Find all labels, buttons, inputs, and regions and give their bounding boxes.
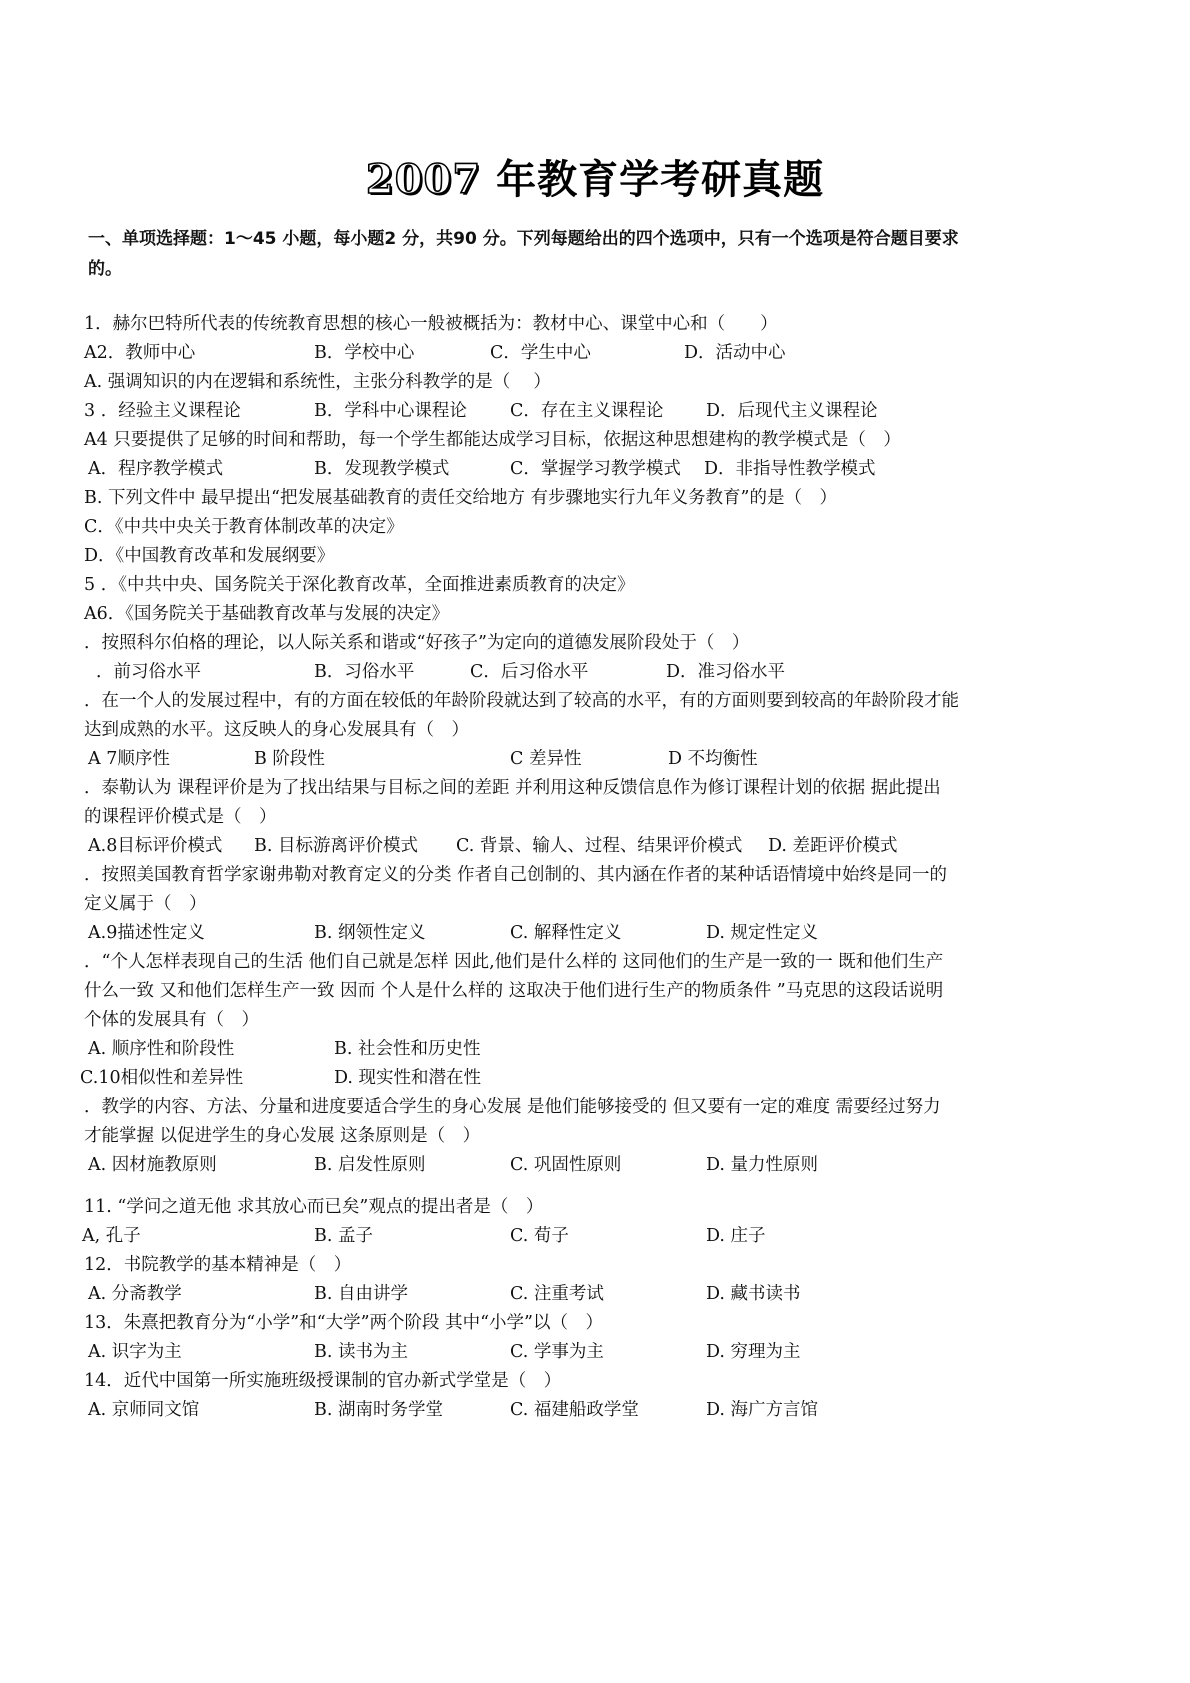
answer-option: A. 识字为主 xyxy=(88,1340,182,1364)
answer-option: C．存在主义课程论 xyxy=(510,399,663,423)
answer-option: B. 湖南时务学堂 xyxy=(314,1398,443,1422)
section-instructions-line2: 的。 xyxy=(88,254,1088,284)
answer-option: D. 量力性原则 xyxy=(706,1153,818,1177)
answer-option: 3 ．经验主义课程论 xyxy=(84,399,241,423)
answer-option: A. 顺序性和阶段性 xyxy=(88,1037,234,1061)
question-text: 什么一致 又和他们怎样生产一致 因而 个人是什么样的 这取决于他们进行生产的物质… xyxy=(84,979,943,1003)
answer-option: A.9描述性定义 xyxy=(88,921,205,945)
question-text: A. 强调知识的内在逻辑和系统性，主张分科教学的是（ ） xyxy=(84,370,551,394)
title-text: 年教育学考研真题 xyxy=(481,156,824,203)
answer-option: D. 穷理为主 xyxy=(706,1340,801,1364)
answer-option: D 不均衡性 xyxy=(668,747,758,771)
question-text: ．“个人怎样表现自己的生活 他们自己就是怎样 因此,他们是什么样的 这同他们的生… xyxy=(84,950,943,974)
answer-option: A. 因材施教原则 xyxy=(88,1153,217,1177)
question-text: 11. “学问之道无他 求其放心而已矣”观点的提出者是（ ） xyxy=(84,1195,543,1219)
answer-option: B. 启发性原则 xyxy=(314,1153,426,1177)
answer-option: C. 巩固性原则 xyxy=(510,1153,621,1177)
answer-option: D．活动中心 xyxy=(684,341,786,365)
question-text: A4 只要提供了足够的时间和帮助，每一个学生都能达成学习目标，依据这种思想建构的… xyxy=(84,428,901,452)
question-text: 才能掌握 以促进学生的身心发展 这条原则是（ ） xyxy=(84,1124,480,1148)
answer-option: C. 解释性定义 xyxy=(510,921,621,945)
answer-option: D. 藏书读书 xyxy=(706,1282,801,1306)
answer-option: B．发现教学模式 xyxy=(314,457,449,481)
answer-option: B. 读书为主 xyxy=(314,1340,408,1364)
question-text: 5 ．《中共中央、国务院关于深化教育改革，全面推进素质教育的决定》 xyxy=(84,573,634,597)
answer-option: D．准习俗水平 xyxy=(666,660,785,684)
question-text: A6．《国务院关于基础教育改革与发展的决定》 xyxy=(84,602,449,626)
answer-option: C. 荀子 xyxy=(510,1224,569,1248)
question-text: 13．朱熹把教育分为“小学”和“大学”两个阶段 其中“小学”以（ ） xyxy=(84,1311,603,1335)
answer-option: C 差异性 xyxy=(510,747,581,771)
answer-option: C．后习俗水平 xyxy=(470,660,588,684)
answer-option: ．前习俗水平 xyxy=(96,660,201,684)
question-text: C．《中共中央关于教育体制改革的决定》 xyxy=(84,515,404,539)
answer-option: A. 分斋教学 xyxy=(88,1282,182,1306)
question-text: 14．近代中国第一所实施班级授课制的官办新式学堂是（ ） xyxy=(84,1369,561,1393)
question-text: ．泰勒认为 课程评价是为了找出结果与目标之间的差距 并利用这种反馈信息作为修订课… xyxy=(84,776,941,800)
answer-option: D. 差距评价模式 xyxy=(768,834,898,858)
answer-option: B．学科中心课程论 xyxy=(314,399,467,423)
answer-option: D．后现代主义课程论 xyxy=(706,399,878,423)
answer-option: B. 目标游离评价模式 xyxy=(254,834,418,858)
answer-option: C. 学事为主 xyxy=(510,1340,604,1364)
question-text: ．教学的内容、方法、分量和进度要适合学生的身心发展 是他们能够接受的 但又要有一… xyxy=(84,1095,941,1119)
answer-option: D. 庄子 xyxy=(706,1224,766,1248)
answer-option: B. 孟子 xyxy=(314,1224,373,1248)
answer-option: A2．教师中心 xyxy=(84,341,195,365)
exam-page: 2007 年教育学考研真题 一、单项选择题：1～45 小题，每小题2 分，共90… xyxy=(0,0,1190,1683)
page-title: 2007 年教育学考研真题 xyxy=(0,148,1190,205)
answer-option: D. 海广方言馆 xyxy=(706,1398,818,1422)
question-text: 达到成熟的水平。这反映人的身心发展具有（ ） xyxy=(84,718,469,742)
section-instructions: 一、单项选择题：1～45 小题，每小题2 分，共90 分。下列每题给出的四个选项… xyxy=(88,224,1088,284)
question-text: 的课程评价模式是（ ） xyxy=(84,805,277,829)
question-text: D．《中国教育改革和发展纲要》 xyxy=(84,544,334,568)
answer-option: B．学校中心 xyxy=(314,341,414,365)
answer-option: B 阶段性 xyxy=(254,747,325,771)
question-text: 个体的发展具有（ ） xyxy=(84,1008,259,1032)
answer-option: D．非指导性教学模式 xyxy=(704,457,876,481)
answer-option: C. 福建船政学堂 xyxy=(510,1398,639,1422)
answer-option: A, 孔子 xyxy=(82,1224,141,1248)
answer-option: C. 背景、输人、过程、结果评价模式 xyxy=(456,834,742,858)
answer-option: C. 注重考试 xyxy=(510,1282,604,1306)
answer-option: B．习俗水平 xyxy=(314,660,414,684)
question-text: B. 下列文件中 最早提出“把发展基础教育的责任交给地方 有步骤地实行九年义务教… xyxy=(84,486,837,510)
answer-option: D. 现实性和潜在性 xyxy=(334,1066,481,1090)
answer-option: B. 社会性和历史性 xyxy=(334,1037,481,1061)
question-text: 1．赫尔巴特所代表的传统教育思想的核心一般被概括为：教材中心、课堂中心和（ ） xyxy=(84,312,778,336)
answer-option: A.8目标评价模式 xyxy=(88,834,222,858)
answer-option: A. 京师同文馆 xyxy=(88,1398,199,1422)
question-text: ．在一个人的发展过程中，有的方面在较低的年龄阶段就达到了较高的水平，有的方面则要… xyxy=(84,689,959,713)
title-year: 2007 xyxy=(366,156,481,203)
answer-option: B. 纲领性定义 xyxy=(314,921,426,945)
question-text: ．按照科尔伯格的理论，以人际关系和谐或“好孩子”为定向的道德发展阶段处于（ ） xyxy=(84,631,749,655)
answer-option: C．掌握学习教学模式 xyxy=(510,457,681,481)
answer-option: C.10相似性和差异性 xyxy=(80,1066,243,1090)
section-instructions-line1: 一、单项选择题：1～45 小题，每小题2 分，共90 分。下列每题给出的四个选项… xyxy=(88,224,1088,254)
question-text: 12．书院教学的基本精神是（ ） xyxy=(84,1253,351,1277)
question-text: ．按照美国教育哲学家谢弗勒对教育定义的分类 作者自己创制的、其内涵在作者的某种话… xyxy=(84,863,947,887)
answer-option: C．学生中心 xyxy=(490,341,591,365)
answer-option: A．程序教学模式 xyxy=(88,457,223,481)
answer-option: B. 自由讲学 xyxy=(314,1282,408,1306)
answer-option: A 7顺序性 xyxy=(88,747,170,771)
answer-option: D. 规定性定义 xyxy=(706,921,818,945)
question-text: 定义属于（ ） xyxy=(84,892,207,916)
